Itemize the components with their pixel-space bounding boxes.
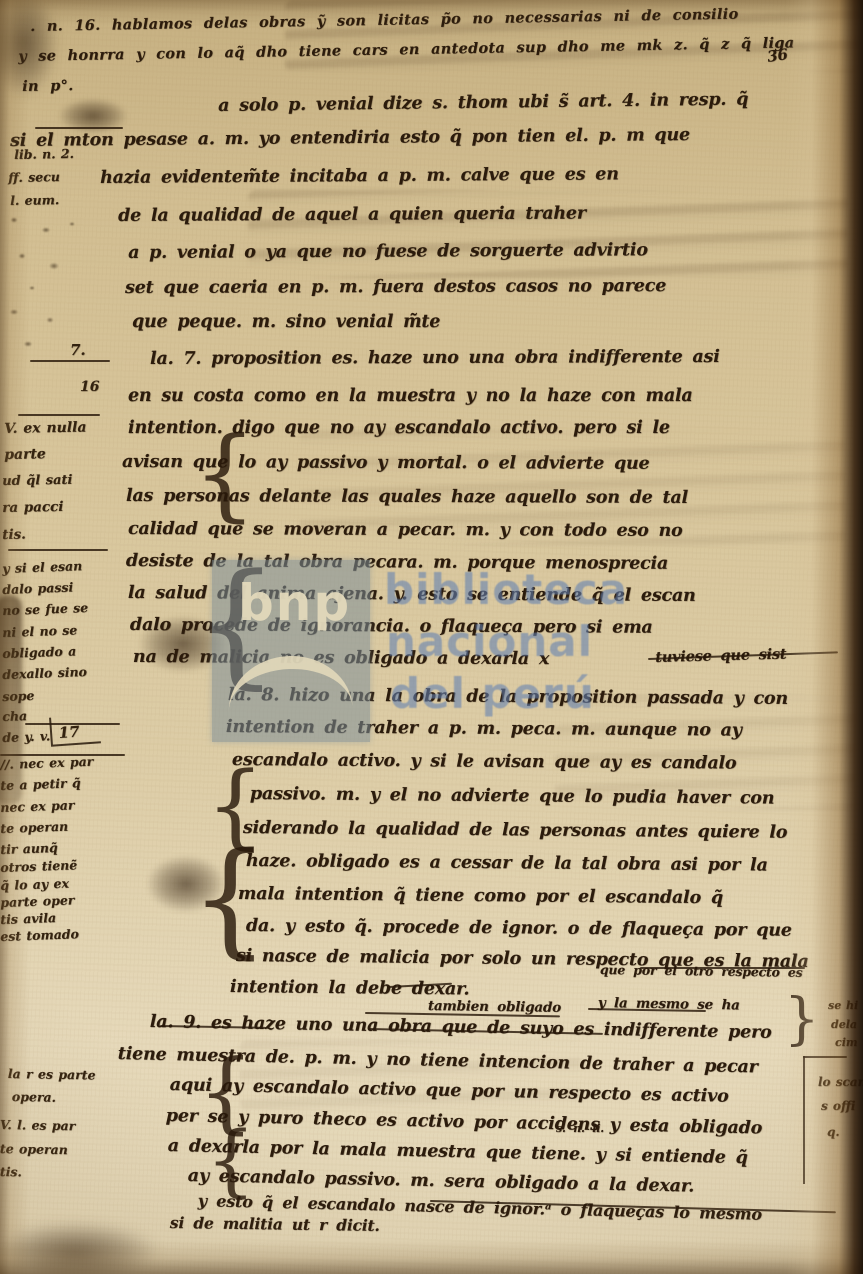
manuscript-page: . n. 16. hablamos delas obras ỹ son lici… xyxy=(0,0,863,1274)
page-edge-right xyxy=(0,0,863,1274)
